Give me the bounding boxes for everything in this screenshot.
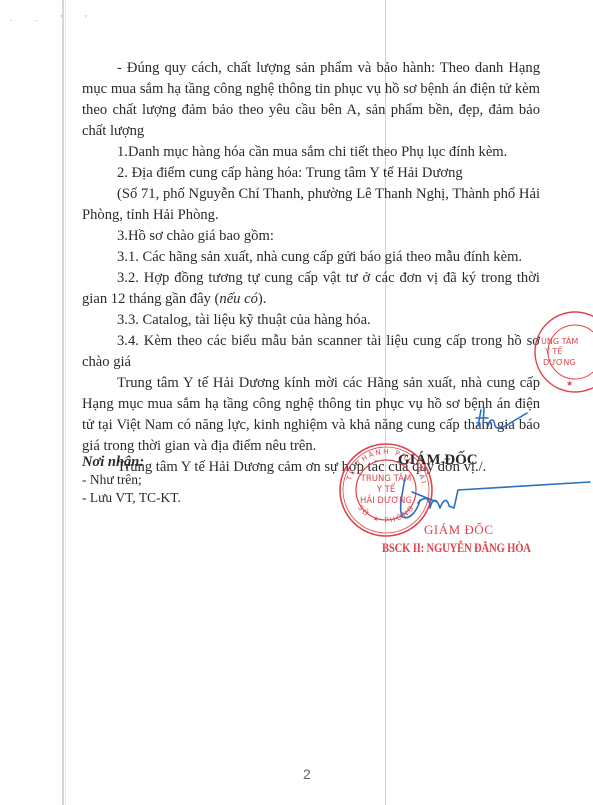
stamp-position-title: GIÁM ĐỐC bbox=[424, 522, 493, 538]
svg-text:Y TẾ: Y TẾ bbox=[544, 345, 563, 356]
svg-text:HẢI DƯƠNG: HẢI DƯƠNG bbox=[360, 494, 412, 506]
svg-text:DƯƠNG: DƯƠNG bbox=[543, 358, 576, 367]
svg-text:SỞ ★ PHÒNG: SỞ ★ PHÒNG bbox=[356, 503, 416, 525]
edge-stamp-icon: UNG TÂM Y TẾ DƯƠNG ★ bbox=[535, 312, 593, 392]
director-signature-icon bbox=[401, 478, 590, 518]
initials-signature-icon bbox=[476, 408, 527, 428]
svg-text:★: ★ bbox=[566, 379, 573, 388]
svg-text:UNG TÂM: UNG TÂM bbox=[541, 335, 578, 346]
stamp-and-signature-layer: TẾ THÀNH PHỐ HẢI SỞ ★ PHÒNG TRUNG TÂM Y … bbox=[0, 0, 593, 805]
page-number: 2 bbox=[303, 766, 311, 782]
signer-name: BSCK II: NGUYỄN ĐĂNG HÒA bbox=[382, 541, 531, 556]
signature-title: GIÁM ĐỐC bbox=[398, 452, 478, 469]
svg-text:Y TẾ: Y TẾ bbox=[376, 483, 396, 495]
